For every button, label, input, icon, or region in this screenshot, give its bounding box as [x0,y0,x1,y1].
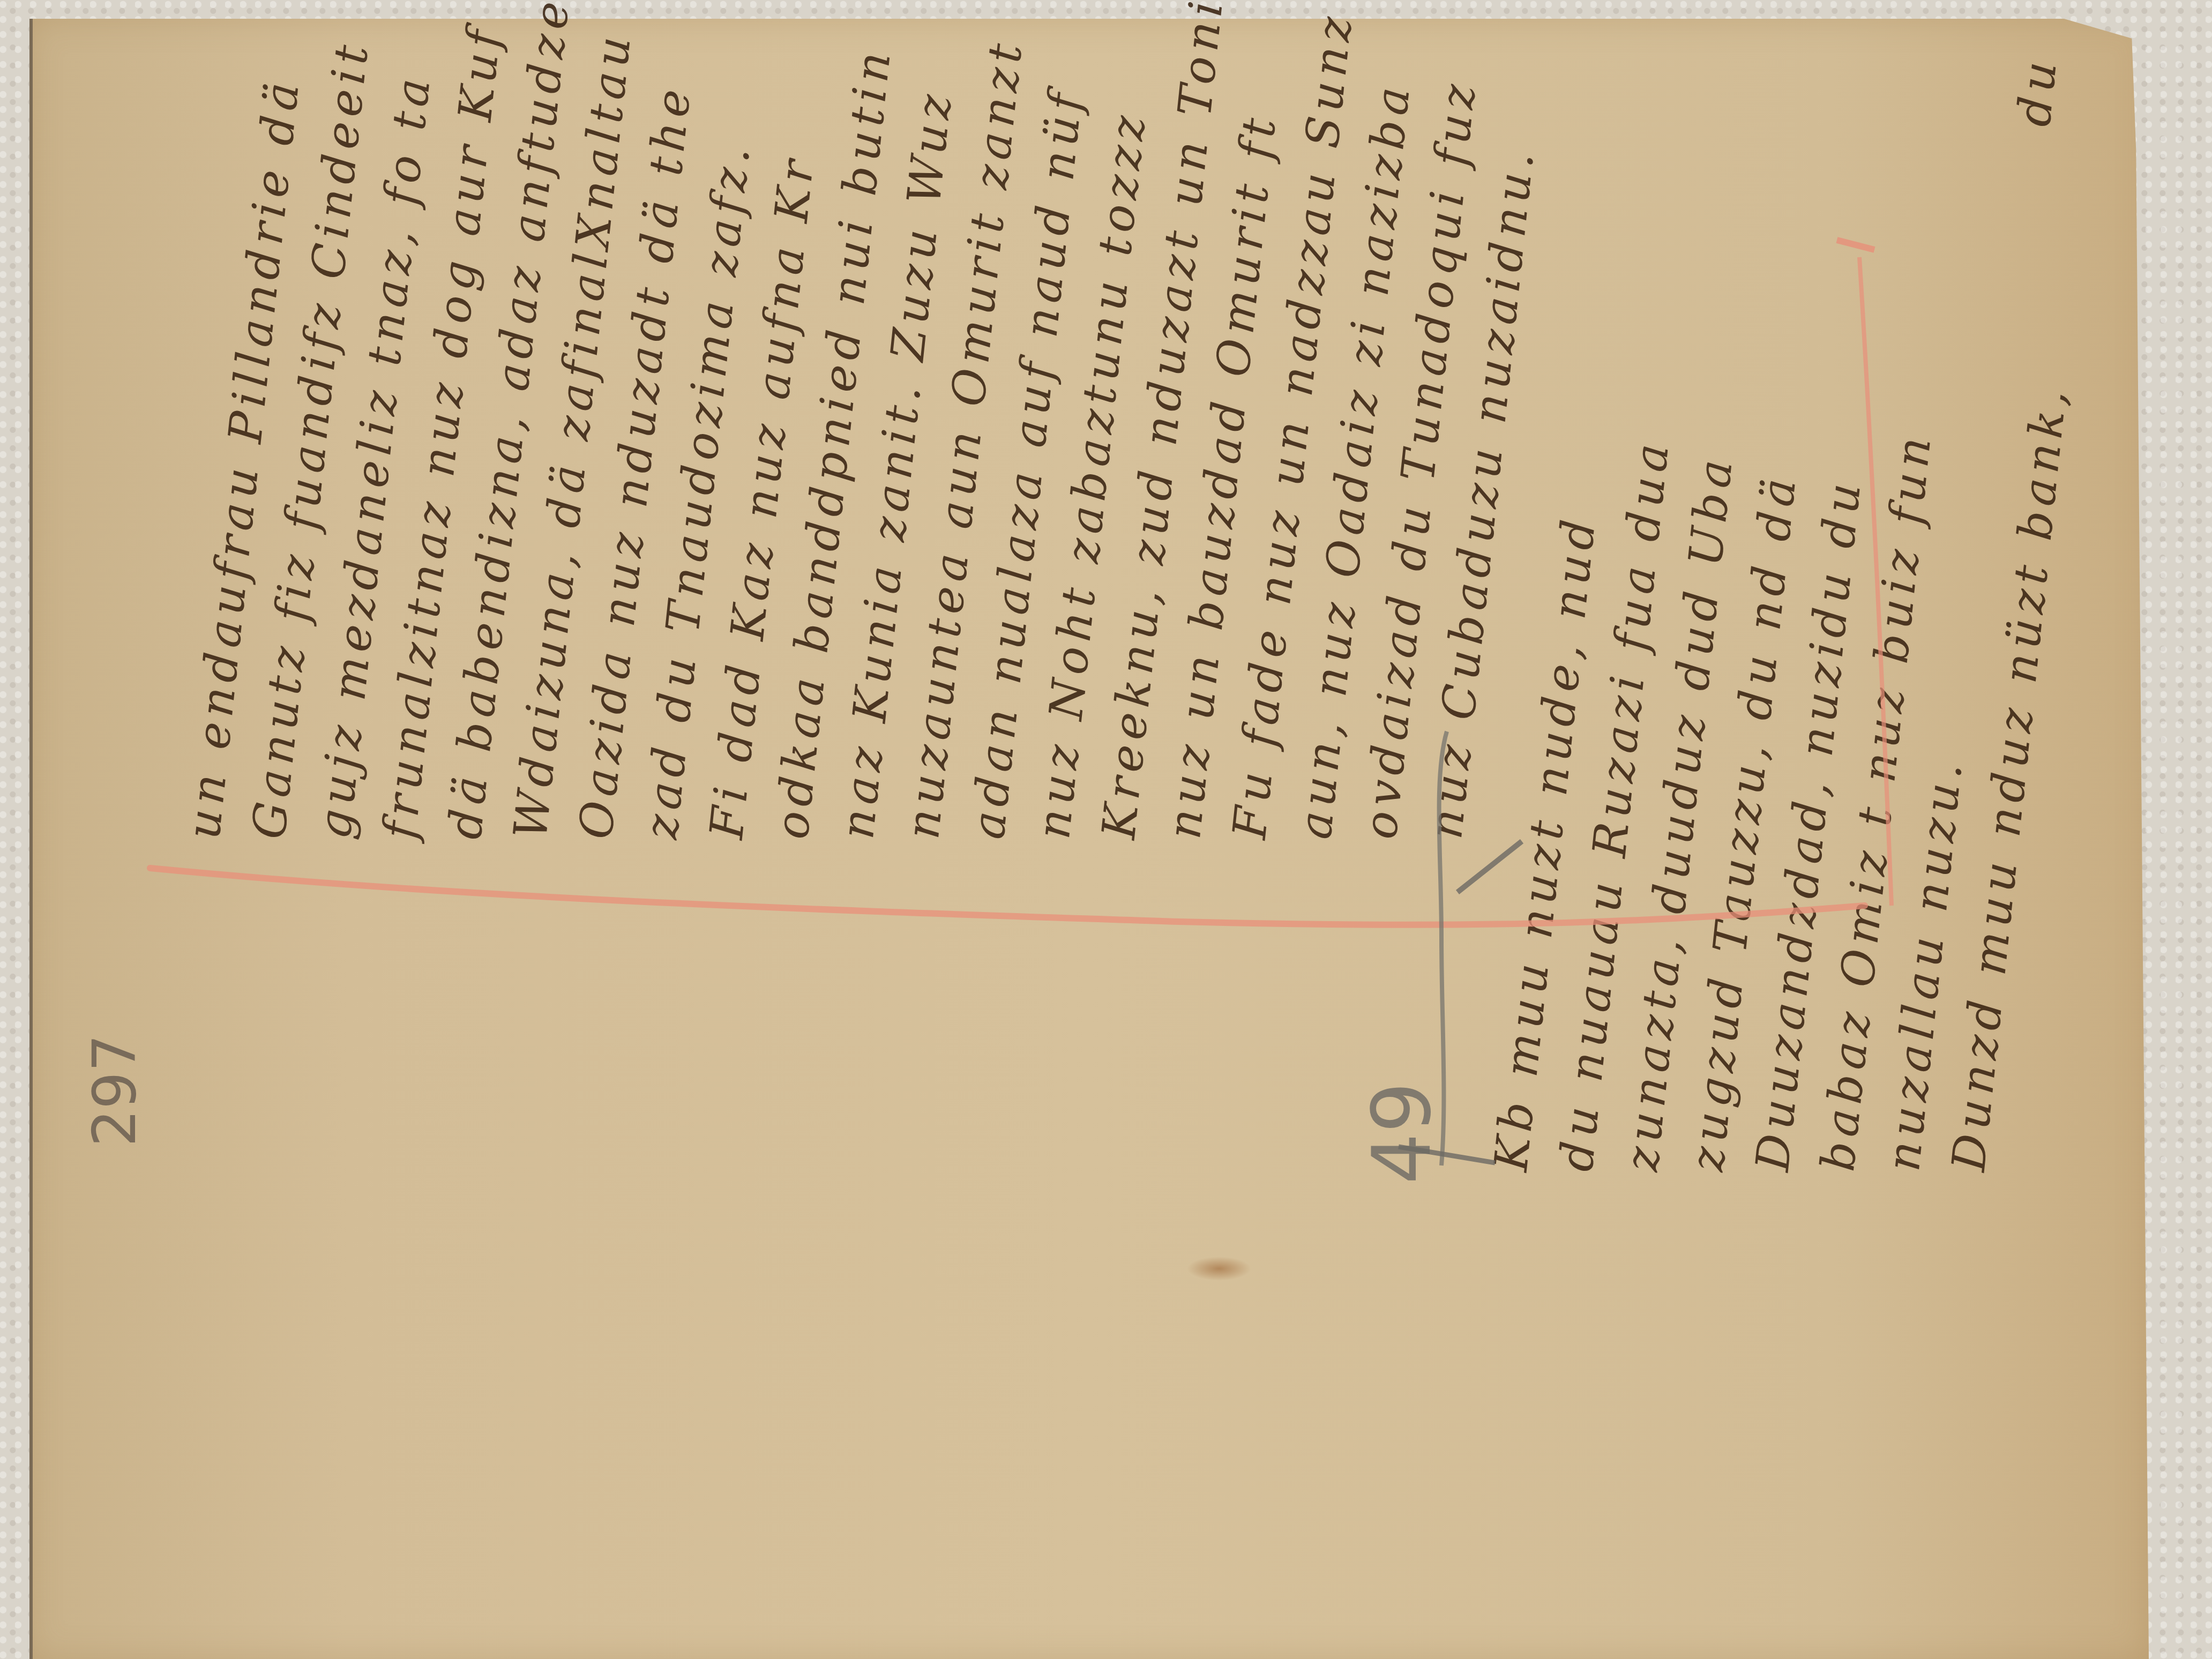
red-tick [1837,240,1874,250]
pencil-49-stroke [1399,1147,1495,1163]
pencil-line [1439,731,1447,1165]
red-vertical-line [1859,257,1892,906]
annotation-marks [0,0,2212,1659]
pencil-x-mark [1458,841,1522,892]
red-margin-line [150,868,1865,925]
